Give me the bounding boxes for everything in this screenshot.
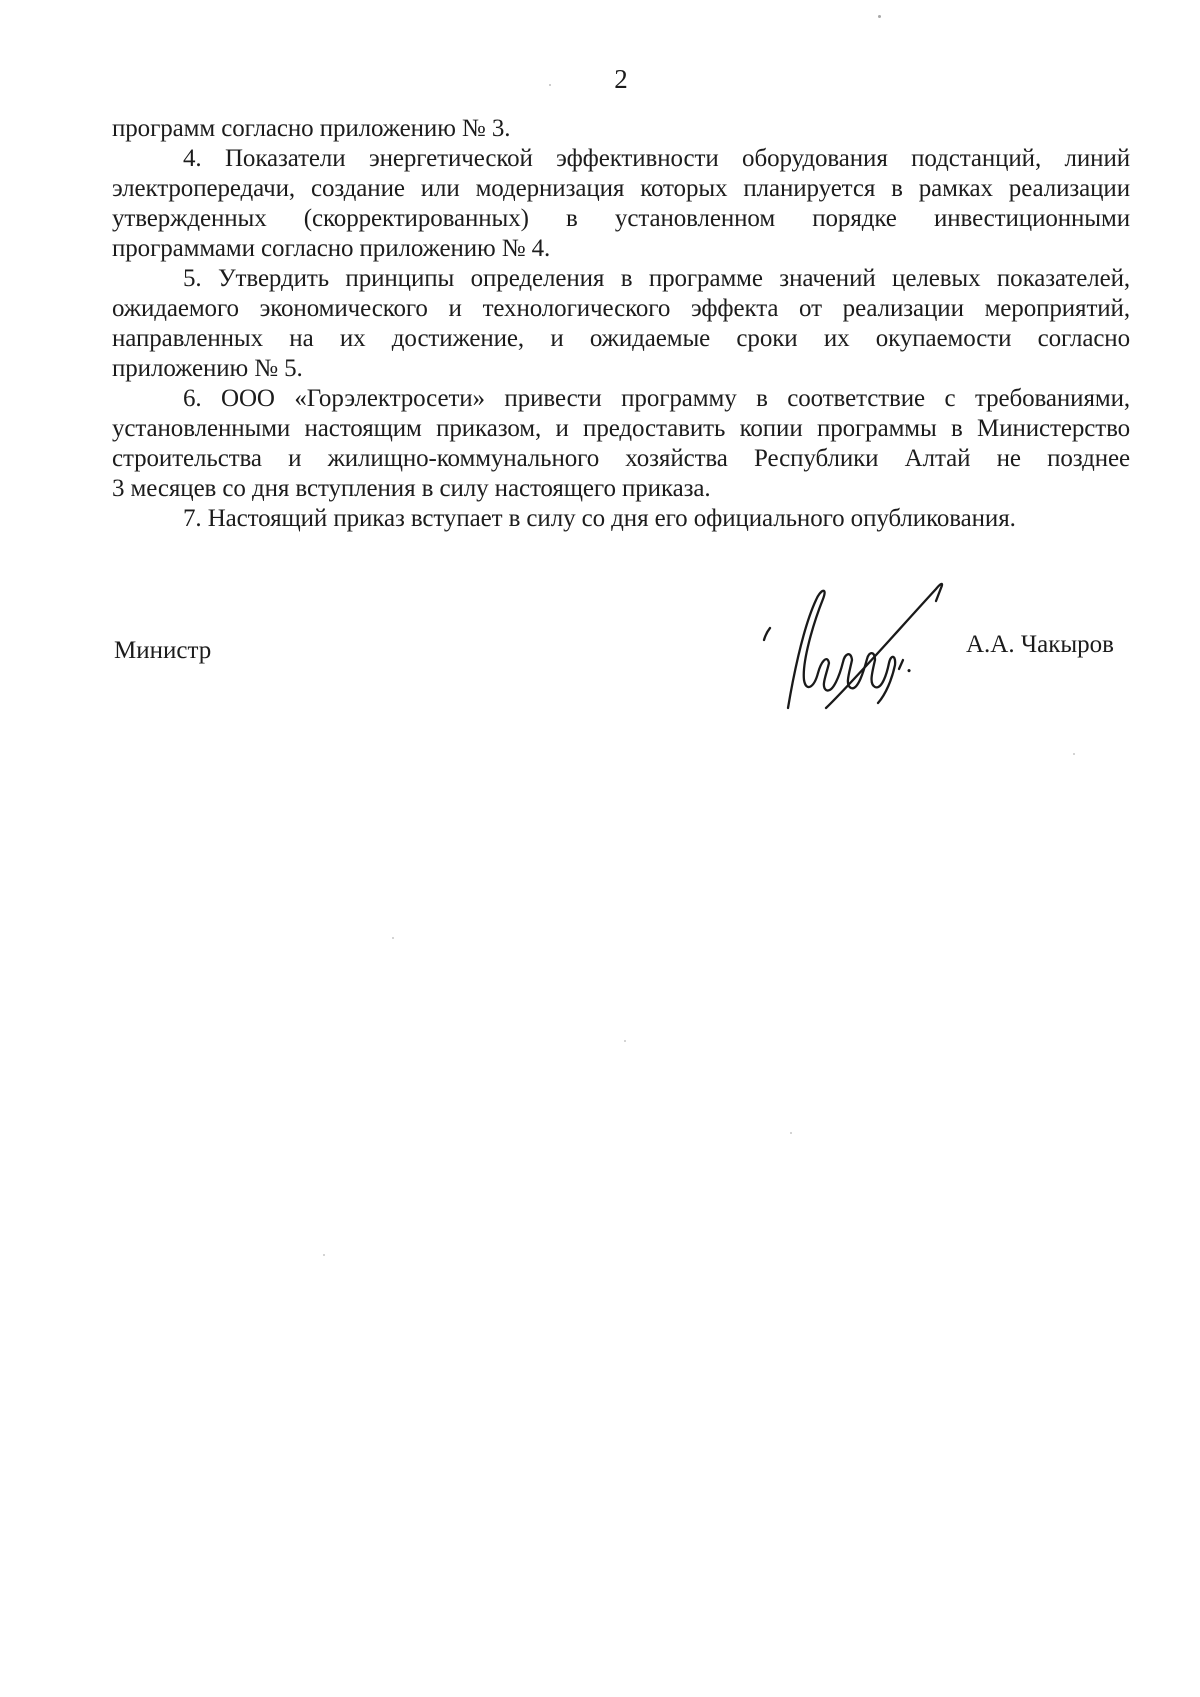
paragraph-line: приложению № 5. (112, 354, 1130, 384)
signature-icon (756, 572, 963, 714)
scan-speck (624, 1040, 626, 1042)
paragraph-line: направленных на их достижение, и ожидаем… (112, 324, 1130, 354)
paragraph-line: электропередачи, создание или модернизац… (112, 174, 1130, 204)
document-body: программ согласно приложению № 3. 4. Пок… (112, 114, 1130, 534)
scan-speck (1073, 753, 1075, 755)
signatory-title: Министр (114, 636, 211, 666)
paragraph-line: утвержденных (скорректированных) в устан… (112, 204, 1130, 234)
scan-speck (878, 15, 881, 18)
scan-speck (392, 937, 394, 939)
page-number: 2 (112, 64, 1130, 94)
scan-speck (790, 1132, 792, 1134)
paragraph-line: установленными настоящим приказом, и пре… (112, 414, 1130, 444)
paragraph-line: программами согласно приложению № 4. (112, 234, 1130, 264)
paragraph-line: 6. ООО «Горэлектросети» привести програм… (183, 384, 1130, 414)
paragraph-line: 4. Показатели энергетической эффективнос… (183, 144, 1130, 174)
document-page: 2 программ согласно приложению № 3. 4. П… (0, 0, 1200, 1697)
paragraph-line: 7. Настоящий приказ вступает в силу со д… (112, 504, 1130, 534)
signatory-name: А.А. Чакыров (966, 630, 1114, 660)
paragraph-line: 3 месяцев со дня вступления в силу насто… (112, 474, 1130, 504)
paragraph-line: программ согласно приложению № 3. (112, 114, 1130, 144)
paragraph-line: строительства и жилищно-коммунального хо… (112, 444, 1130, 474)
paragraph-line: 5. Утвердить принципы определения в прог… (183, 264, 1130, 294)
paragraph-line: ожидаемого экономического и технологичес… (112, 294, 1130, 324)
scan-speck (323, 1254, 325, 1256)
scan-speck (549, 84, 551, 86)
